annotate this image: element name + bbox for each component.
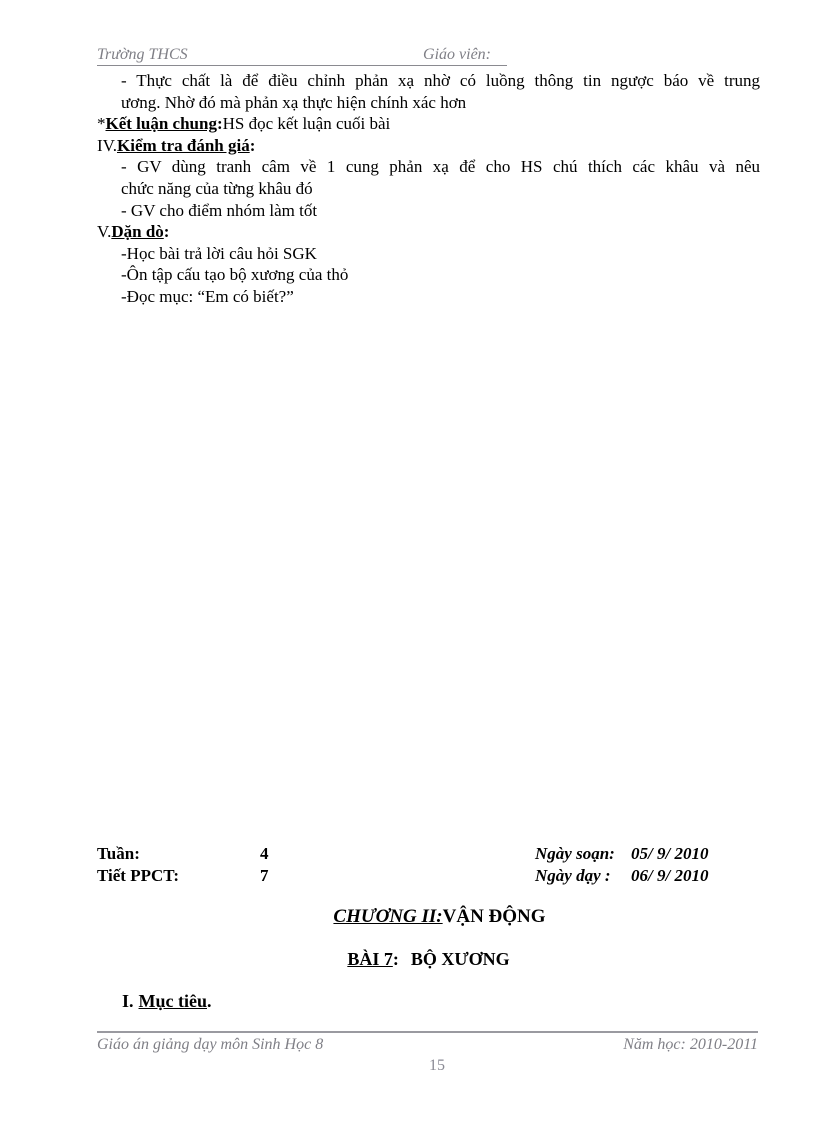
lesson-body: - Thực chất là để điều chỉnh phản xạ nhờ… [97,70,760,308]
section-v-colon: : [164,222,170,241]
chapter-label: CHƯƠNG II: [333,906,442,927]
lesson-meta: Tuần: 4 Ngày soạn:05/ 9/ 2010 Tiết PPCT:… [97,844,760,888]
footer-divider [97,1031,758,1033]
period-value: 7 [260,866,269,886]
paragraph-line: chức năng của từng khâu đó [97,178,760,200]
section-iv-colon: : [250,136,256,155]
lesson-label: BÀI 7 [347,949,393,969]
objectives-numeral: I. [122,991,134,1011]
section-iv-numeral: IV. [97,136,117,155]
objectives-label: Mục tiêu [139,991,207,1011]
page-number: 15 [97,1057,777,1075]
homework-item: -Học bài trả lời câu hỏi SGK [97,243,760,265]
paragraph-line: - GV cho điểm nhóm làm tốt [97,200,760,222]
chapter-title: VẬN ĐỘNG [443,906,546,927]
objectives-heading: I.Mục tiêu. [122,991,212,1012]
section-v-label: Dặn dò [111,222,163,241]
prepared-date-value: 05/ 9/ 2010 [631,844,708,863]
paragraph-line: - GV dùng tranh câm về 1 cung phản xạ để… [97,156,760,178]
chapter-heading: CHƯƠNG II:VẬN ĐỘNG [97,906,760,928]
paragraph-line: - Thực chất là để điều chỉnh phản xạ nhờ… [97,70,760,92]
homework-item: -Đọc mục: “Em có biết?” [97,286,760,308]
lesson-title: BỘ XƯƠNG [411,949,510,969]
header-teacher-label: Giáo viên: [423,46,507,64]
week-label: Tuần: [97,844,140,864]
section-heading-iv: IV.Kiểm tra đánh giá: [97,135,760,157]
meta-row-week: Tuần: 4 Ngày soạn:05/ 9/ 2010 [97,844,760,866]
meta-row-period: Tiết PPCT: 7 Ngày dạy :06/ 9/ 2010 [97,866,760,888]
paragraph-line: ương. Nhờ đó mà phản xạ thực hiện chính … [97,92,760,114]
page-header: Trường THCS Giáo viên: [97,46,507,66]
week-value: 4 [260,844,269,864]
taught-date: Ngày dạy :06/ 9/ 2010 [535,866,708,886]
conclusion-line: *Kết luận chung:HS đọc kết luận cuối bài [97,113,760,135]
header-school-label: Trường THCS [97,46,188,64]
footer-left-text: Giáo án giảng dạy môn Sinh Học 8 [97,1036,323,1054]
objectives-period: . [207,991,212,1011]
taught-date-label: Ngày dạy : [535,866,631,886]
section-heading-v: V.Dặn dò: [97,221,760,243]
conclusion-label: Kết luận chung [106,114,217,133]
prepared-date: Ngày soạn:05/ 9/ 2010 [535,844,708,864]
footer-right-text: Năm học: 2010-2011 [623,1036,758,1054]
period-label: Tiết PPCT: [97,866,179,886]
section-iv-label: Kiểm tra đánh giá [117,136,250,155]
lesson-colon: : [393,949,399,969]
document-page: Trường THCS Giáo viên: - Thực chất là để… [0,0,816,1123]
page-footer: Giáo án giảng dạy môn Sinh Học 8 Năm học… [97,1036,758,1054]
prepared-date-label: Ngày soạn: [535,844,631,864]
conclusion-star: * [97,114,106,133]
lesson-heading: BÀI 7:BỘ XƯƠNG [97,949,760,970]
conclusion-text: HS đọc kết luận cuối bài [223,114,391,133]
section-v-numeral: V. [97,222,111,241]
taught-date-value: 06/ 9/ 2010 [631,866,708,885]
homework-item: -Ôn tập cấu tạo bộ xương của thỏ [97,264,760,286]
